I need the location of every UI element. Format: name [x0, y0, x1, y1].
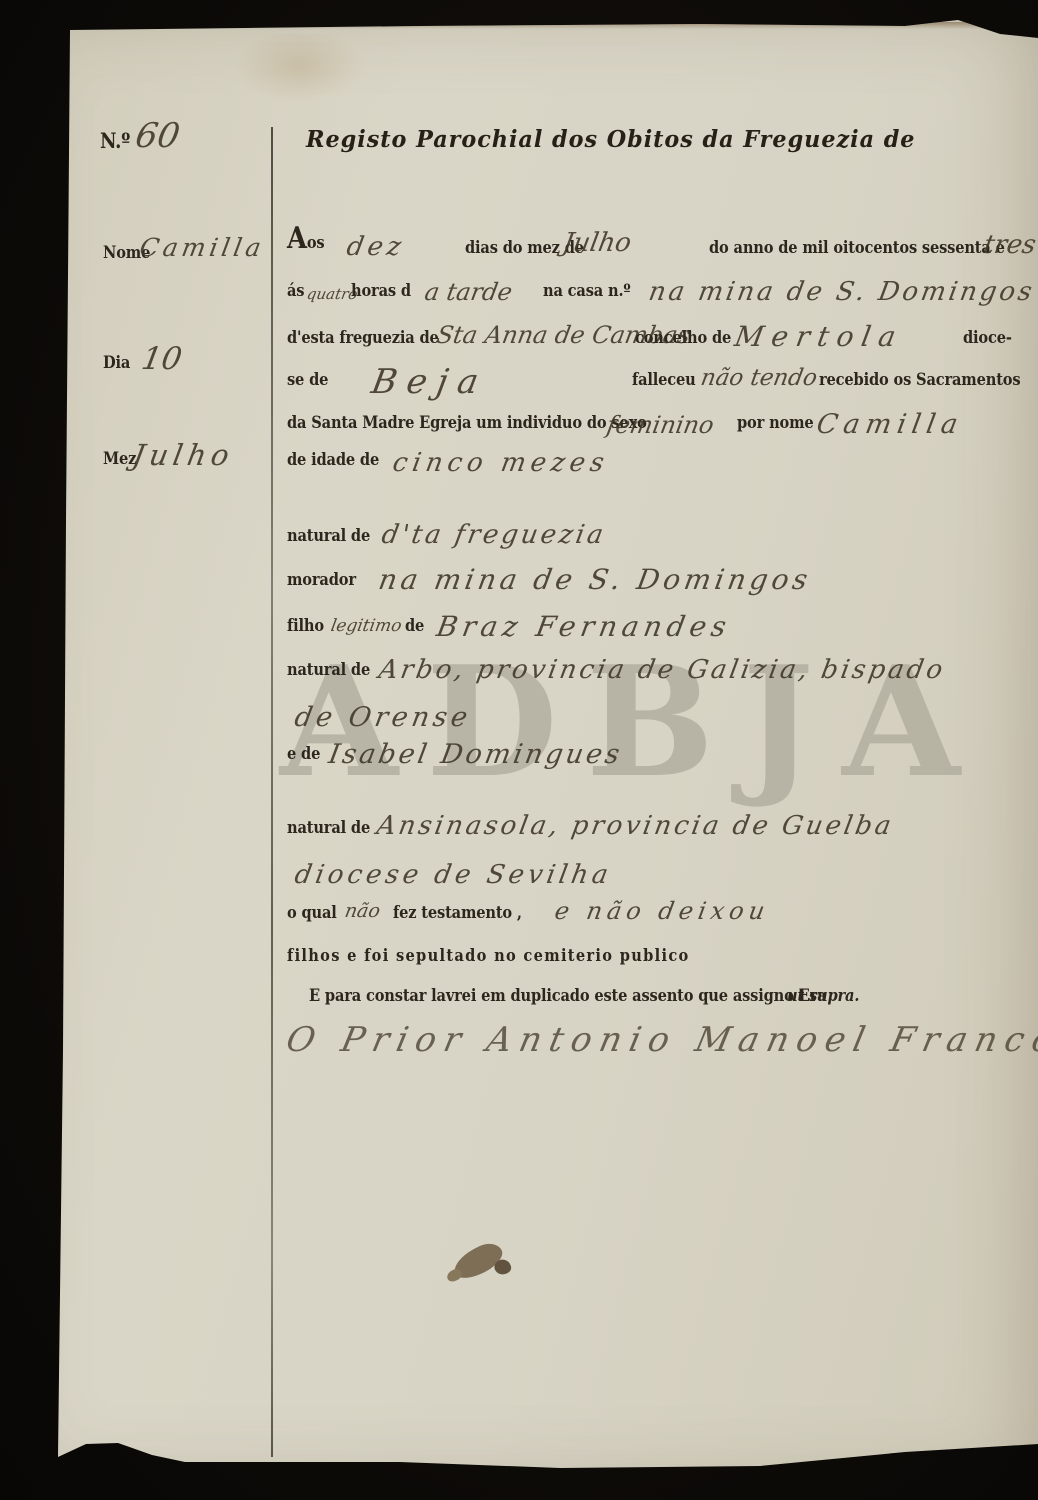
record-line: ás quatro horas d a tarde na casa n.º na… — [287, 281, 1038, 321]
printed-text: na casa n.º — [543, 281, 631, 301]
record-line: filhos e foi sepultado no cemiterio publ… — [287, 946, 1038, 986]
record-line: filho legitimo de Braz Fernandes — [287, 616, 1038, 656]
printed-text: ás — [287, 281, 304, 301]
printed-text: horas d — [351, 281, 411, 301]
printed-text: E para constar lavrei em duplicado este … — [309, 986, 826, 1006]
record-line: o qual não fez testamento , e não deixou — [287, 903, 1038, 943]
printed-text: dioce- — [963, 328, 1012, 348]
handwritten-text: de Orense — [292, 702, 474, 733]
record-line: se de Beja falleceu não tendo recebido o… — [287, 370, 1038, 410]
printed-text: e de — [287, 744, 320, 764]
handwritten-text: e não deixou — [553, 897, 772, 925]
record-line: natural de d'ta freguezia — [287, 526, 1038, 566]
printed-text: de — [405, 616, 424, 636]
printed-text: da Santa Madre Egreja um individuo do se… — [287, 413, 647, 433]
handwritten-text: na mina de S. Domingos — [376, 563, 814, 596]
handwritten-text: a tarde — [423, 278, 515, 306]
printed-italic-text: ut supra. — [787, 986, 859, 1006]
printed-text: se de — [287, 370, 328, 390]
handwritten-text: d'ta freguezia — [379, 520, 608, 550]
handwritten-text: Beja — [368, 362, 491, 402]
printed-text: Aos — [287, 230, 324, 253]
printed-text: filhos e foi sepultado no cemiterio publ… — [287, 946, 690, 966]
record-line: Aos dez dias do mez de Julho do anno de … — [287, 230, 1038, 270]
handwritten-text: Ansinasola, provincia de Guelba — [374, 811, 896, 841]
printed-text: de idade de — [287, 450, 379, 470]
record-number-label: N.º — [100, 128, 130, 153]
handwritten-text: diocese de Sevilha — [292, 860, 614, 890]
scan-background: ADBJA N.º 60 Registo Parochial dos Obito… — [0, 0, 1038, 1500]
record-line: e de Isabel Domingues — [287, 744, 1038, 784]
record-line: da Santa Madre Egreja um individuo do se… — [287, 413, 1038, 453]
record-body: Aos dez dias do mez de Julho do anno de … — [287, 0, 1038, 1500]
printed-text: d'esta freguezia de — [287, 328, 439, 348]
printed-text: fez testamento , — [393, 903, 522, 923]
handwritten-text: Isabel Domingues — [326, 739, 625, 770]
handwritten-text: Camilla — [814, 409, 966, 440]
record-line: de idade de cinco mezes — [287, 450, 1038, 490]
handwritten-text: na mina de S. Domingos — [646, 277, 1037, 307]
handwritten-text: Arbo, provincia de Galizia, bispado — [376, 655, 947, 685]
margin-value-mez: Julho — [130, 438, 237, 472]
margin-rule — [271, 127, 273, 1457]
printed-text: concelho de — [635, 328, 731, 348]
record-line: de Orense — [287, 702, 1038, 742]
document-page: ADBJA N.º 60 Registo Parochial dos Obito… — [0, 0, 1038, 1500]
printed-text: falleceu — [632, 370, 696, 390]
handwritten-text: legitimo — [329, 616, 403, 636]
record-line: diocese de Sevilha — [287, 860, 1038, 900]
record-line: natural de Ansinasola, provincia de Guel… — [287, 818, 1038, 858]
handwritten-text: Braz Fernandes — [434, 610, 734, 643]
printed-text: o qual — [287, 903, 337, 923]
margin-value-nome: Camilla — [137, 233, 267, 262]
signature-line: O Prior Antonio Manoel Franco — [287, 1020, 1038, 1060]
handwritten-text: tres — [981, 230, 1038, 260]
record-line: morador na mina de S. Domingos — [287, 570, 1038, 610]
printed-text: natural de — [287, 660, 370, 680]
printed-text: natural de — [287, 526, 370, 546]
printed-text: por nome — [737, 413, 814, 433]
record-line: natural de Arbo, provincia de Galizia, b… — [287, 660, 1038, 700]
handwritten-text: feminino — [605, 411, 716, 439]
priest-signature: O Prior Antonio Manoel Franco — [283, 1020, 1038, 1060]
handwritten-text: não — [343, 900, 382, 922]
printed-text: morador — [287, 570, 356, 590]
margin-label-dia: Dia — [103, 353, 130, 373]
handwritten-text: Mertola — [732, 320, 906, 353]
handwritten-text: cinco mezes — [390, 448, 611, 478]
printed-text: do anno de mil oitocentos sessenta e — [709, 238, 1005, 258]
handwritten-text: não tendo — [699, 365, 820, 391]
printed-text: filho — [287, 616, 324, 636]
handwritten-text: dez — [344, 232, 407, 262]
handwritten-text: Julho — [560, 228, 633, 258]
printed-text: natural de — [287, 818, 370, 838]
margin-value-dia: 10 — [139, 341, 185, 377]
printed-text: recebido os Sacramentos — [819, 370, 1020, 390]
record-number-value: 60 — [132, 116, 182, 156]
